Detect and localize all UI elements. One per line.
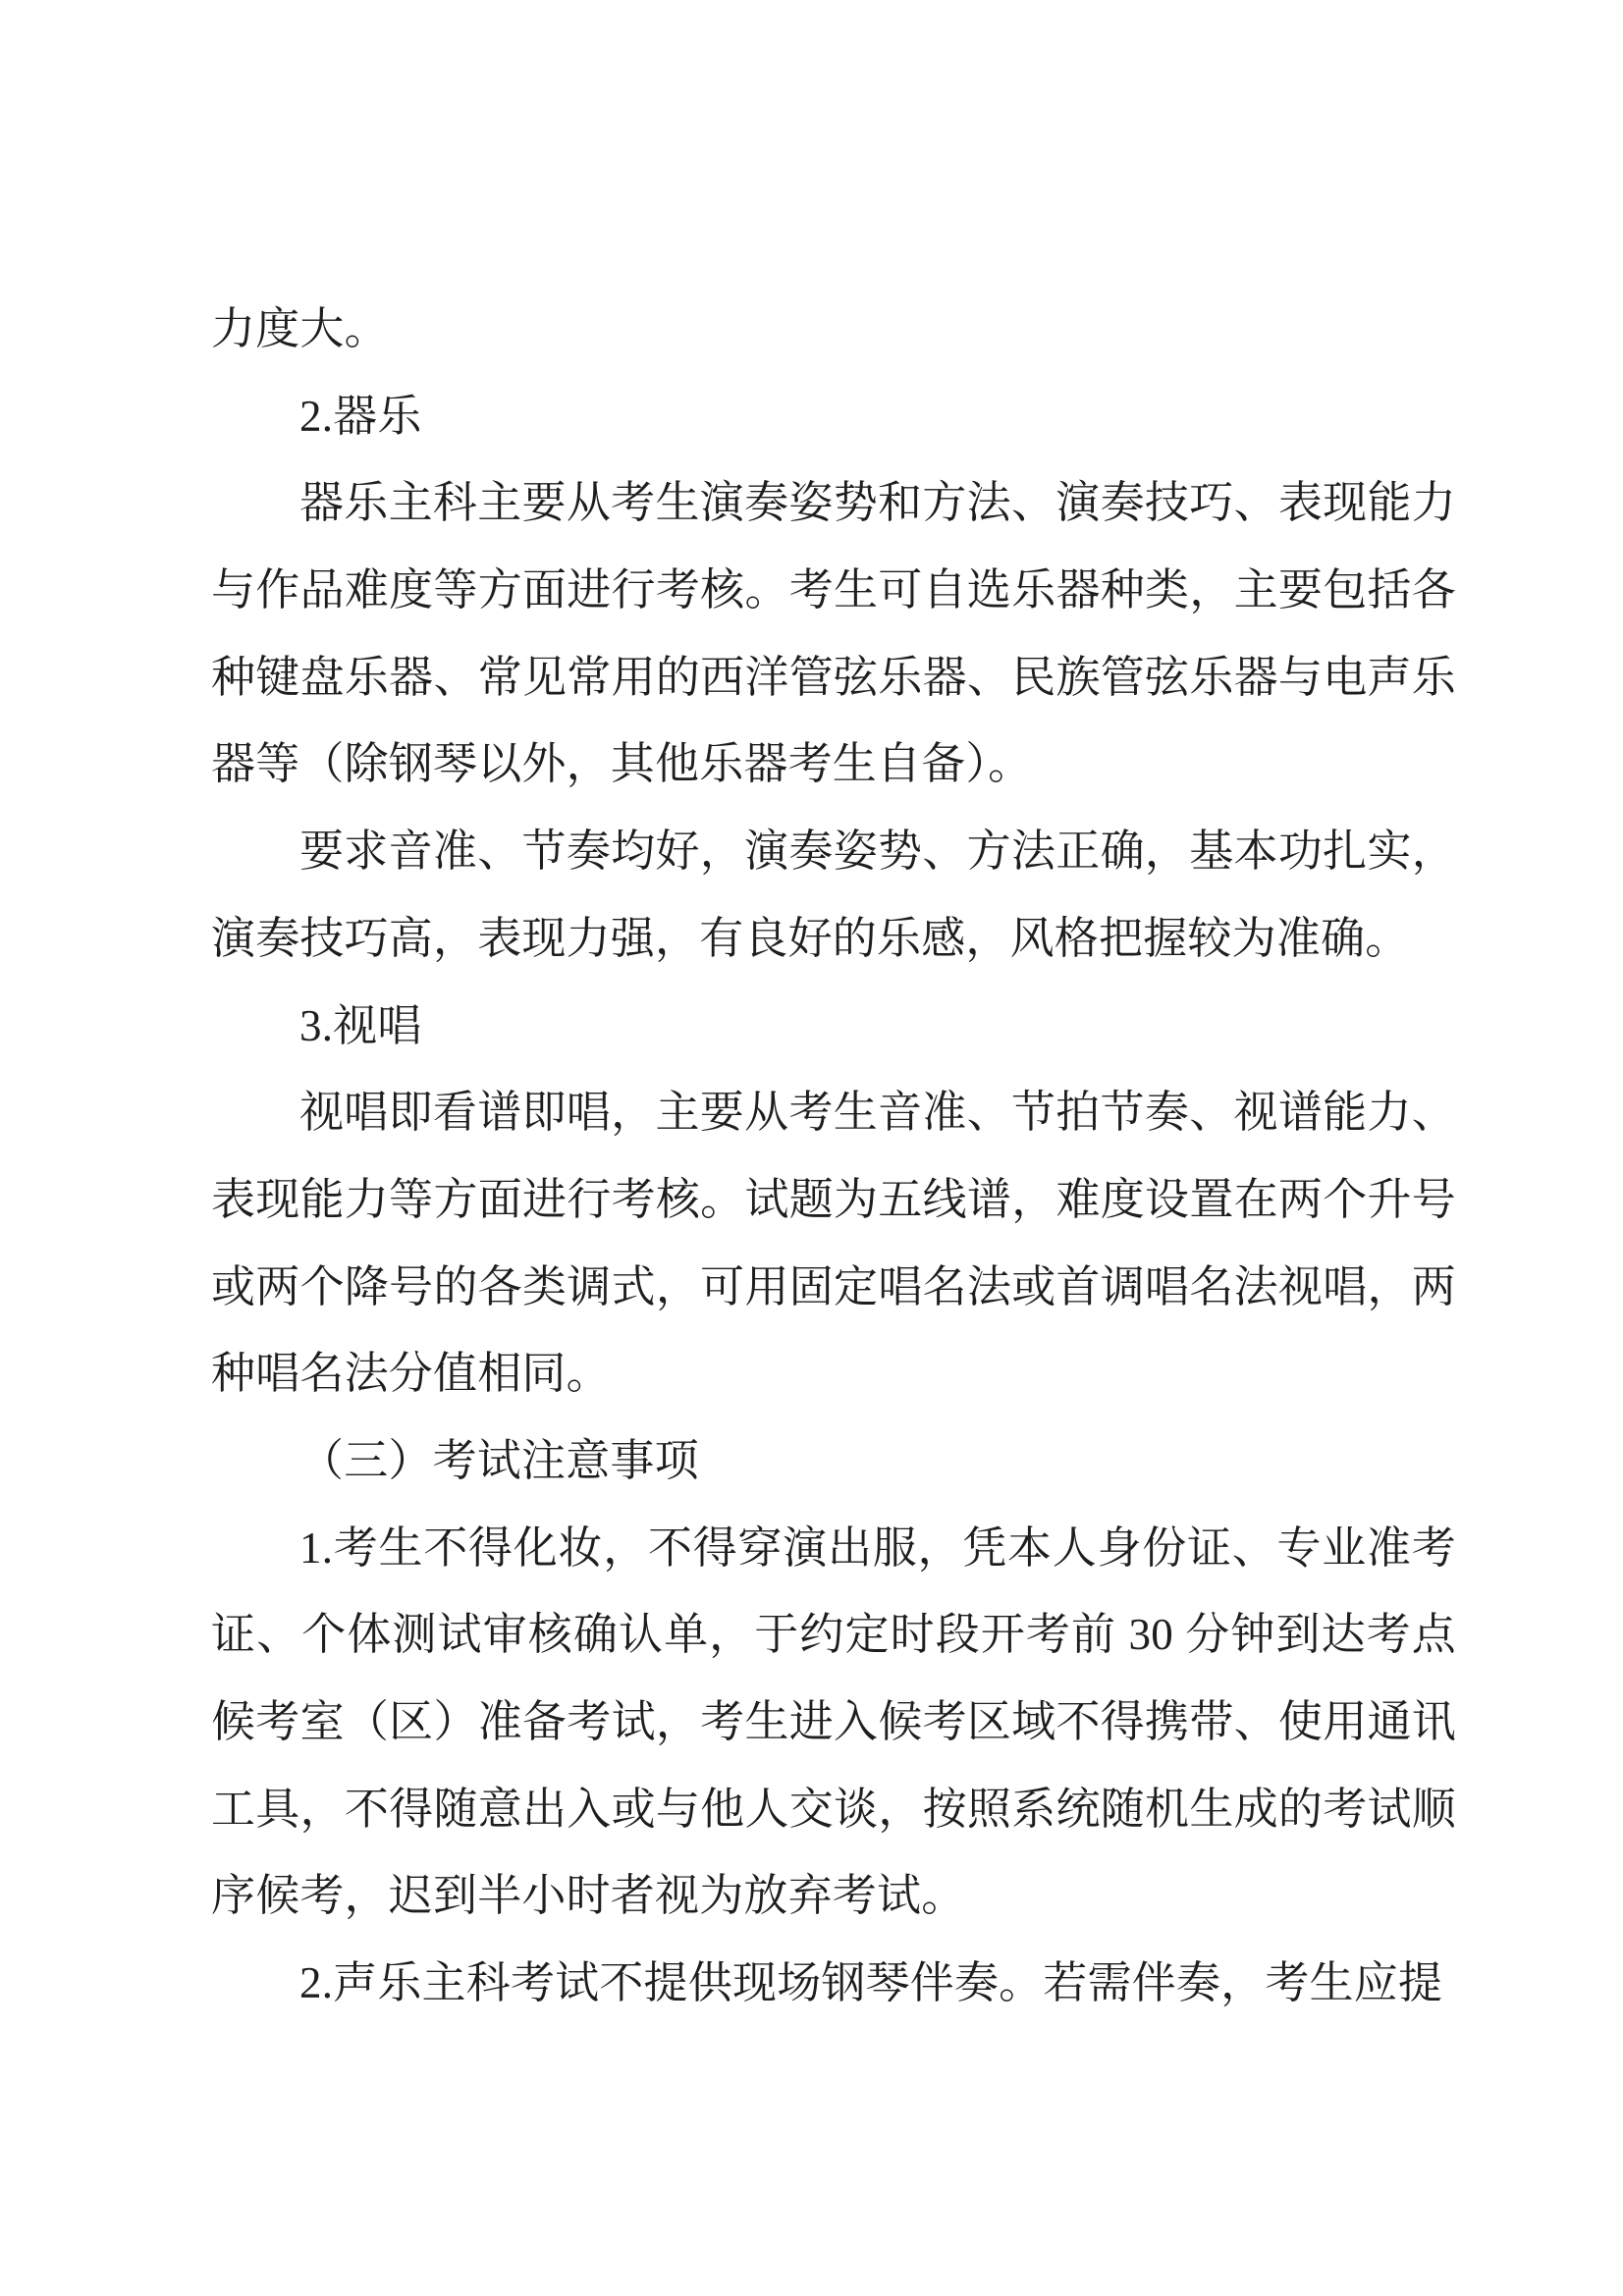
text-line: 1.考生不得化妆，不得穿演出服，凭本人身份证、专业准考 xyxy=(211,1505,1456,1592)
text-line: 证、个体测试审核确认单，于约定时段开考前 30 分钟到达考点 xyxy=(211,1591,1456,1679)
text-line: 种唱名法分值相同。 xyxy=(211,1330,1456,1417)
text-line: 视唱即看谱即唱，主要从考生音准、节拍节奏、视谱能力、 xyxy=(211,1069,1456,1156)
text-line: 种键盘乐器、常见常用的西洋管弦乐器、民族管弦乐器与电声乐 xyxy=(211,634,1456,721)
text-line: 2.声乐主科考试不提供现场钢琴伴奏。若需伴奏，考生应提 xyxy=(211,1940,1456,2027)
text-line: 要求音准、节奏均好，演奏姿势、方法正确，基本功扎实， xyxy=(211,808,1456,895)
text-line: 或两个降号的各类调式，可用固定唱名法或首调唱名法视唱，两 xyxy=(211,1244,1456,1331)
document-page: 力度大。2.器乐器乐主科主要从考生演奏姿势和方法、演奏技巧、表现能力与作品难度等… xyxy=(0,0,1623,2296)
text-line: 器乐主科主要从考生演奏姿势和方法、演奏技巧、表现能力 xyxy=(211,459,1456,547)
text-line: 演奏技巧高，表现力强，有良好的乐感，风格把握较为准确。 xyxy=(211,895,1456,983)
text-line: 器等（除钢琴以外，其他乐器考生自备）。 xyxy=(211,721,1456,808)
text-line: 表现能力等方面进行考核。试题为五线谱，难度设置在两个升号 xyxy=(211,1156,1456,1244)
text-line: （三）考试注意事项 xyxy=(211,1417,1456,1505)
text-line: 与作品难度等方面进行考核。考生可自选乐器种类，主要包括各 xyxy=(211,547,1456,634)
text-line: 候考室（区）准备考试，考生进入候考区域不得携带、使用通讯 xyxy=(211,1679,1456,1766)
text-line: 工具，不得随意出入或与他人交谈，按照系统随机生成的考试顺 xyxy=(211,1766,1456,1853)
text-line: 序候考，迟到半小时者视为放弃考试。 xyxy=(211,1852,1456,1940)
text-line: 力度大。 xyxy=(211,286,1456,373)
document-body: 力度大。2.器乐器乐主科主要从考生演奏姿势和方法、演奏技巧、表现能力与作品难度等… xyxy=(211,286,1456,2027)
text-line: 2.器乐 xyxy=(211,373,1456,460)
text-line: 3.视唱 xyxy=(211,983,1456,1070)
